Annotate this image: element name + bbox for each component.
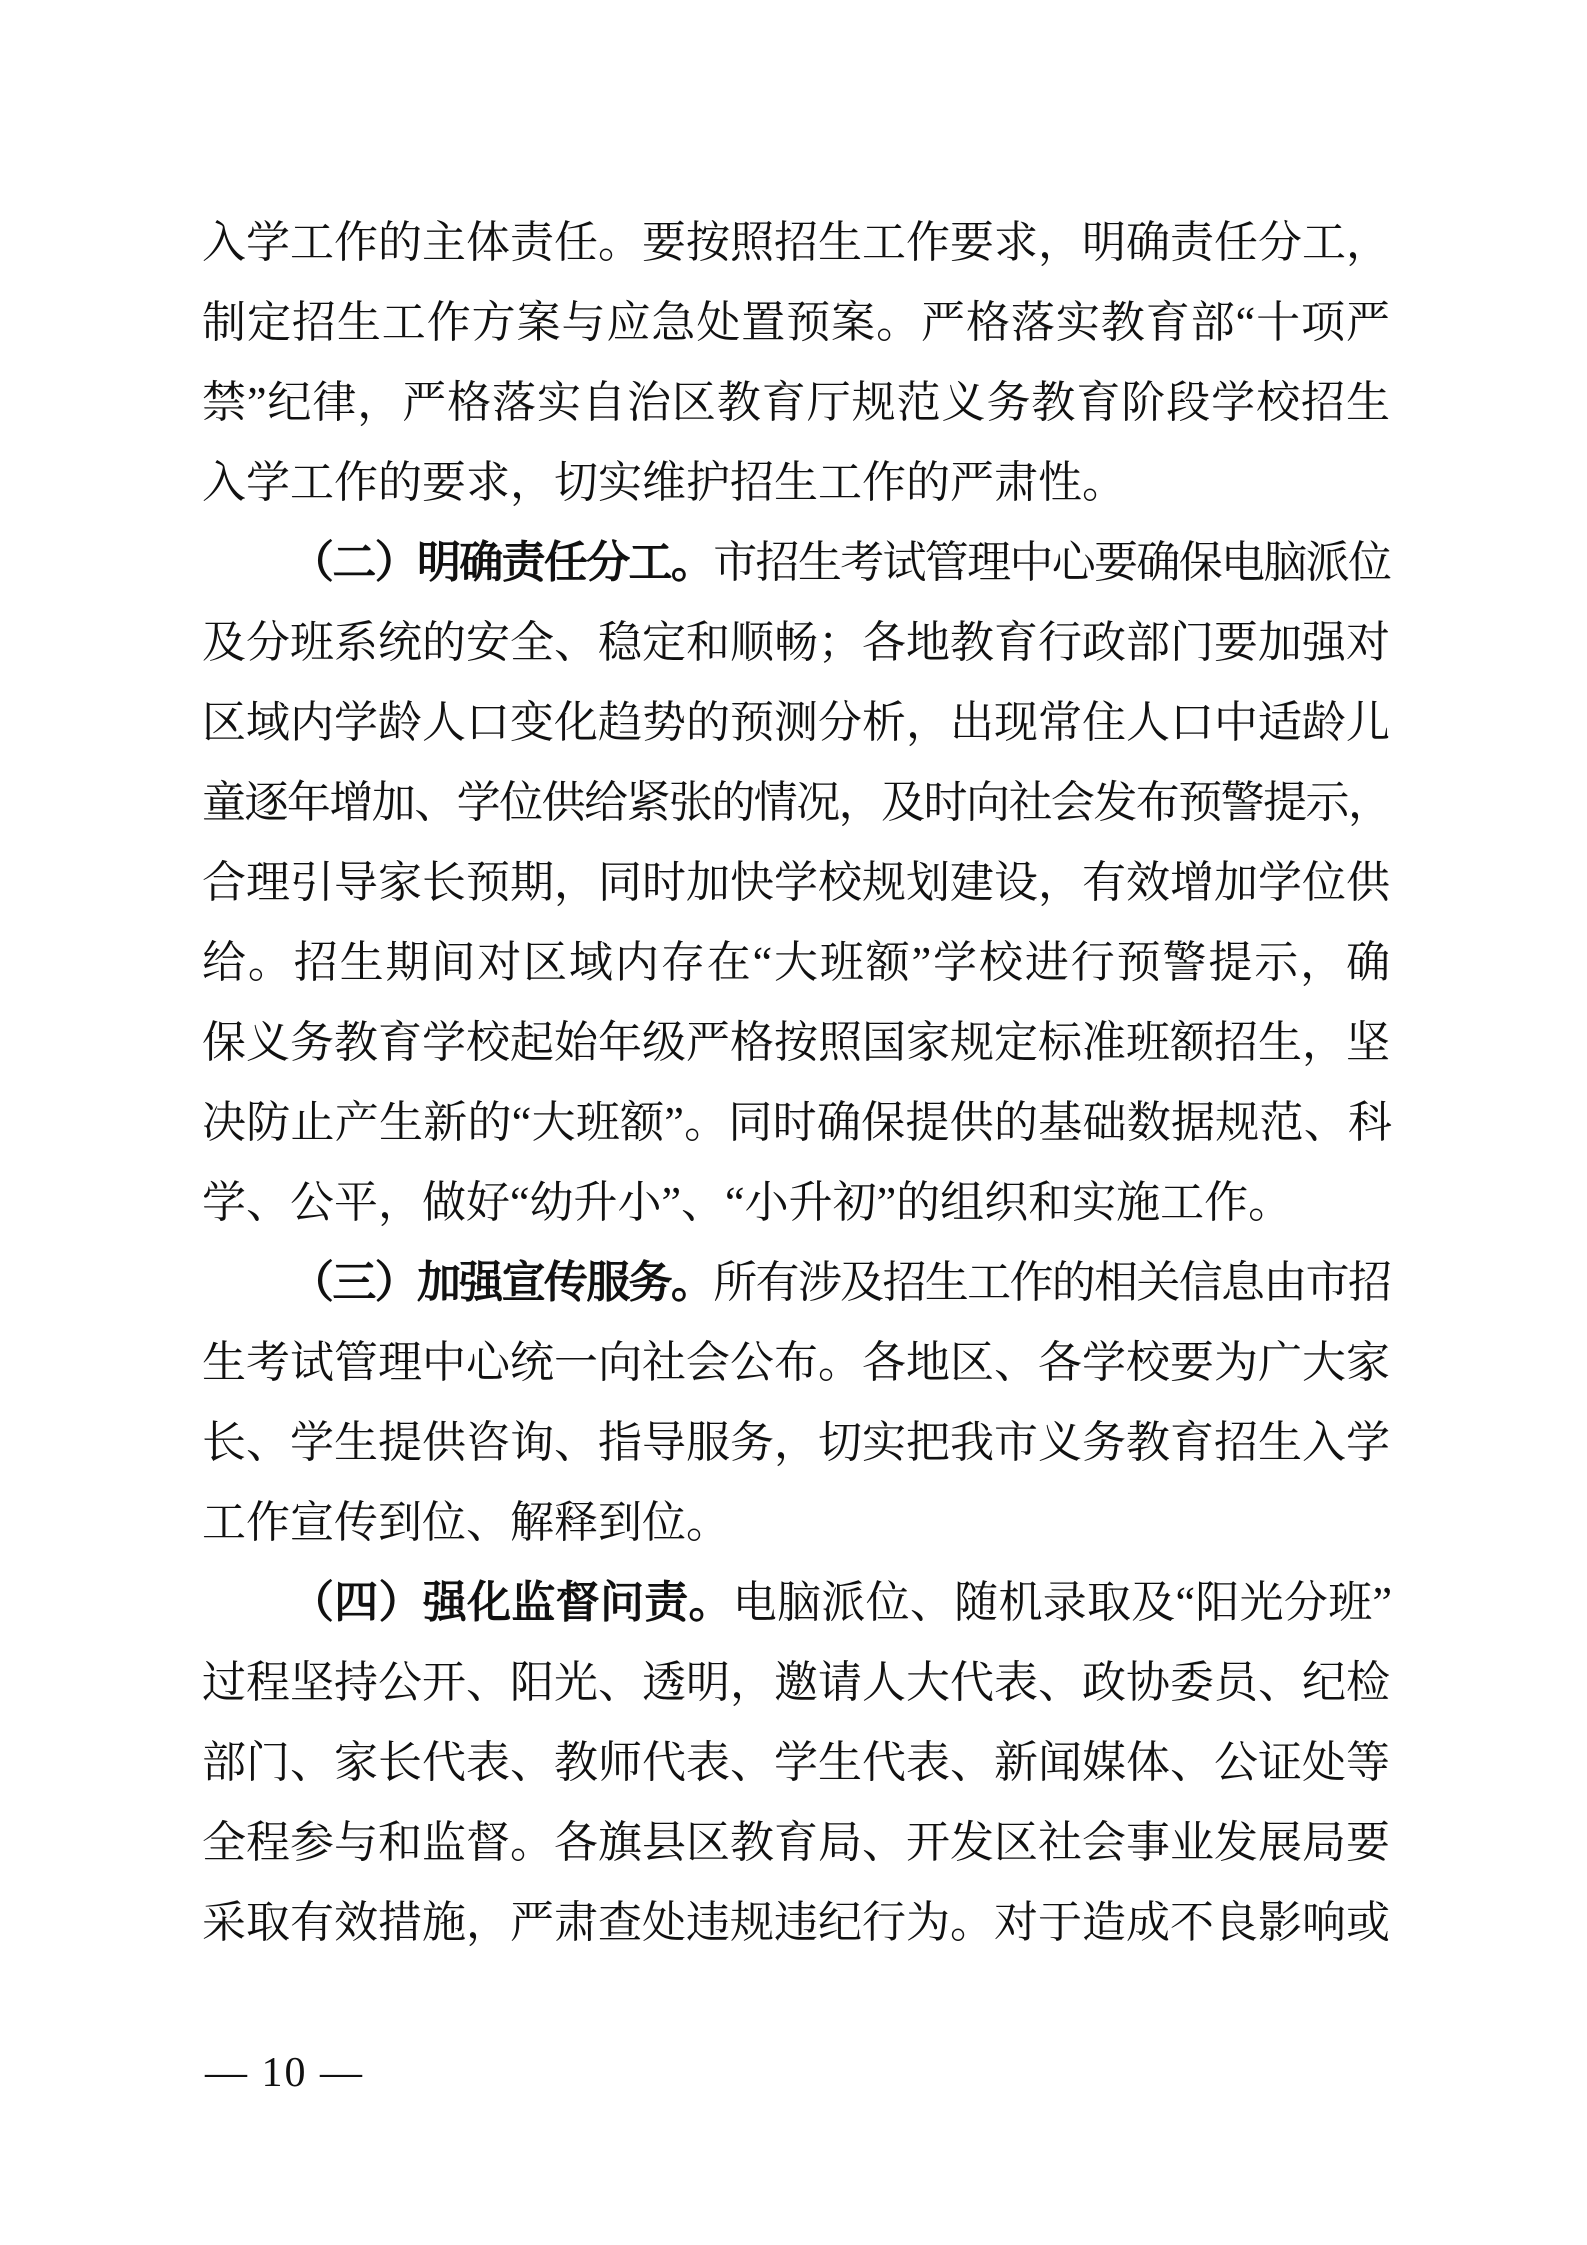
- text-line: 制定招生工作方案与应急处置预案。严格落实教育部“十项严: [202, 283, 1390, 363]
- text-line: 生考试管理中心统一向社会公布。各地区、各学校要为广大家: [202, 1323, 1390, 1403]
- section-heading: （二）明确责任分工。: [290, 538, 713, 587]
- line-text: 决防止产生新的“大班额”。同时确保提供的基础数据规范、科: [202, 1098, 1390, 1147]
- line-text: 给。招生期间对区域内存在“大班额”学校进行预警提示，确: [202, 938, 1390, 987]
- text-line: （三）加强宣传服务。所有涉及招生工作的相关信息由市招: [202, 1243, 1390, 1323]
- text-line: 入学工作的要求，切实维护招生工作的严肃性。: [202, 443, 1390, 523]
- line-text: 生考试管理中心统一向社会公布。各地区、各学校要为广大家: [202, 1338, 1390, 1387]
- text-line: 禁”纪律，严格落实自治区教育厅规范义务教育阶段学校招生: [202, 363, 1390, 443]
- text-line: 入学工作的主体责任。要按照招生工作要求，明确责任分工，: [202, 203, 1390, 283]
- line-text: 制定招生工作方案与应急处置预案。严格落实教育部“十项严: [202, 298, 1390, 347]
- text-line: 区域内学龄人口变化趋势的预测分析，出现常住人口中适龄儿: [202, 683, 1390, 763]
- text-line: 及分班系统的安全、稳定和顺畅；各地教育行政部门要加强对: [202, 603, 1390, 683]
- text-line: 部门、家长代表、教师代表、学生代表、新闻媒体、公证处等: [202, 1723, 1390, 1803]
- line-text: 长、学生提供咨询、指导服务，切实把我市义务教育招生入学: [202, 1418, 1390, 1467]
- line-text: 合理引导家长预期，同时加快学校规划建设，有效增加学位供: [202, 858, 1390, 907]
- text-line: 全程参与和监督。各旗县区教育局、开发区社会事业发展局要: [202, 1803, 1390, 1883]
- text-line: 保义务教育学校起始年级严格按照国家规定标准班额招生，坚: [202, 1003, 1390, 1083]
- text-line: 合理引导家长预期，同时加快学校规划建设，有效增加学位供: [202, 843, 1390, 923]
- line-text: 禁”纪律，严格落实自治区教育厅规范义务教育阶段学校招生: [202, 378, 1390, 427]
- line-text: 入学工作的主体责任。要按照招生工作要求，明确责任分工，: [202, 218, 1390, 267]
- line-text: 入学工作的要求，切实维护招生工作的严肃性。: [202, 458, 1126, 507]
- line-text: 区域内学龄人口变化趋势的预测分析，出现常住人口中适龄儿: [202, 698, 1390, 747]
- line-text: 学、公平，做好“幼升小”、“小升初”的组织和实施工作。: [202, 1178, 1292, 1227]
- text-line: （二）明确责任分工。市招生考试管理中心要确保电脑派位: [202, 523, 1390, 603]
- page-number-label: — 10 —: [205, 2050, 364, 2096]
- line-text: 市招生考试管理中心要确保电脑派位: [713, 538, 1390, 587]
- line-text: 采取有效措施，严肃查处违规违纪行为。对于造成不良影响或: [202, 1898, 1390, 1947]
- text-line: 给。招生期间对区域内存在“大班额”学校进行预警提示，确: [202, 923, 1390, 1003]
- text-line: 长、学生提供咨询、指导服务，切实把我市义务教育招生入学: [202, 1403, 1390, 1483]
- page-number: — 10 —: [205, 2043, 364, 2103]
- line-text: 部门、家长代表、教师代表、学生代表、新闻媒体、公证处等: [202, 1738, 1390, 1787]
- text-line: 采取有效措施，严肃查处违规违纪行为。对于造成不良影响或: [202, 1883, 1390, 1963]
- line-text: 工作宣传到位、解释到位。: [202, 1498, 730, 1547]
- line-text: 过程坚持公开、阳光、透明，邀请人大代表、政协委员、纪检: [202, 1658, 1390, 1707]
- section-heading: （三）加强宣传服务。: [290, 1258, 713, 1307]
- line-text: 全程参与和监督。各旗县区教育局、开发区社会事业发展局要: [202, 1818, 1390, 1867]
- line-text: 童逐年增加、学位供给紧张的情况，及时向社会发布预警提示，: [202, 778, 1390, 827]
- text-line: （四）强化监督问责。电脑派位、随机录取及“阳光分班”: [202, 1563, 1390, 1643]
- section-heading: （四）强化监督问责。: [290, 1578, 733, 1627]
- document-page: 入学工作的主体责任。要按照招生工作要求，明确责任分工，制定招生工作方案与应急处置…: [0, 0, 1587, 2245]
- text-line: 学、公平，做好“幼升小”、“小升初”的组织和实施工作。: [202, 1163, 1390, 1243]
- text-line: 童逐年增加、学位供给紧张的情况，及时向社会发布预警提示，: [202, 763, 1390, 843]
- document-body: 入学工作的主体责任。要按照招生工作要求，明确责任分工，制定招生工作方案与应急处置…: [202, 203, 1390, 1963]
- text-line: 过程坚持公开、阳光、透明，邀请人大代表、政协委员、纪检: [202, 1643, 1390, 1723]
- line-text: 所有涉及招生工作的相关信息由市招: [713, 1258, 1390, 1307]
- line-text: 保义务教育学校起始年级严格按照国家规定标准班额招生，坚: [202, 1018, 1390, 1067]
- text-line: 决防止产生新的“大班额”。同时确保提供的基础数据规范、科: [202, 1083, 1390, 1163]
- line-text: 及分班系统的安全、稳定和顺畅；各地教育行政部门要加强对: [202, 618, 1390, 667]
- line-text: 电脑派位、随机录取及“阳光分班”: [733, 1578, 1390, 1627]
- text-line: 工作宣传到位、解释到位。: [202, 1483, 1390, 1563]
